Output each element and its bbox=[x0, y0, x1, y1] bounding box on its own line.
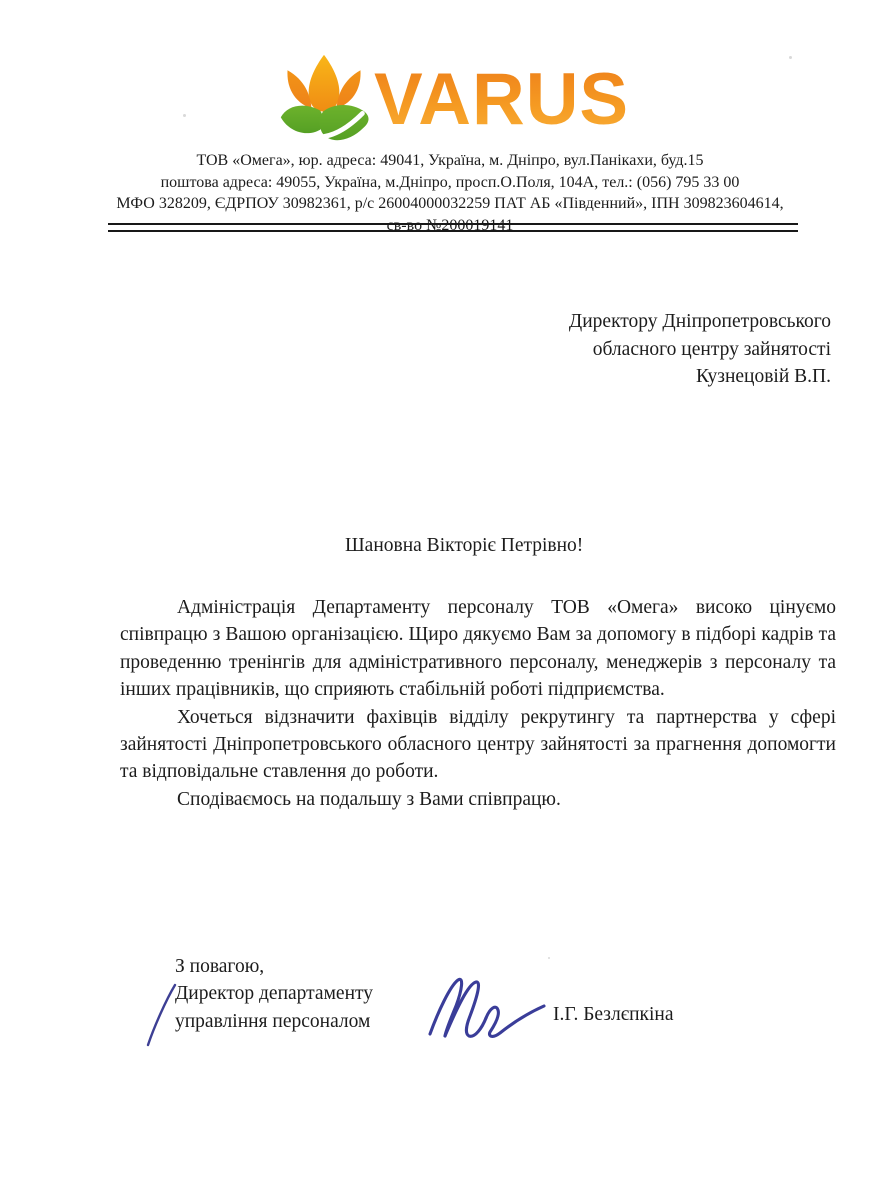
varus-flower-icon bbox=[276, 52, 372, 148]
pen-stroke-mark bbox=[144, 982, 180, 1048]
salutation: Шановна Вікторіє Петрівно! bbox=[345, 535, 583, 557]
varus-wordmark: VARUS bbox=[374, 52, 629, 148]
letter-page: VARUS ТОВ «Омега», юр. адреса: 49041, Ук… bbox=[0, 0, 895, 1200]
company-details-line-2: поштова адреса: 49055, Україна, м.Дніпро… bbox=[60, 172, 840, 194]
recipient-block: Директору Дніпропетровського обласного ц… bbox=[569, 308, 831, 391]
recipient-line-2: обласного центру зайнятості bbox=[569, 336, 831, 364]
paragraph-3: Сподіваємось на подальшу з Вами співпрац… bbox=[120, 786, 836, 813]
company-details-line-1: ТОВ «Омега», юр. адреса: 49041, Україна,… bbox=[60, 150, 840, 172]
scan-speck bbox=[548, 957, 550, 959]
closing-phrase: З повагою, bbox=[175, 953, 373, 980]
paragraph-1: Адміністрація Департаменту персоналу ТОВ… bbox=[120, 594, 836, 704]
company-details-line-3: МФО 328209, ЄДРПОУ 30982361, р/с 2600400… bbox=[60, 193, 840, 215]
signer-title-line-2: управління персоналом bbox=[175, 1008, 373, 1035]
signer-name: І.Г. Безлєпкіна bbox=[553, 1004, 674, 1026]
signer-title-line-1: Директор департаменту bbox=[175, 980, 373, 1007]
scan-speck bbox=[789, 56, 792, 59]
divider-line-top bbox=[108, 223, 798, 225]
letter-body: Адміністрація Департаменту персоналу ТОВ… bbox=[120, 594, 836, 813]
varus-logo: VARUS bbox=[276, 52, 629, 148]
divider-line-bottom bbox=[108, 230, 798, 232]
scan-speck bbox=[183, 114, 186, 117]
recipient-line-3: Кузнецовій В.П. bbox=[569, 363, 831, 391]
paragraph-2: Хочеться відзначити фахівців відділу рек… bbox=[120, 704, 836, 786]
recipient-line-1: Директору Дніпропетровського bbox=[569, 308, 831, 336]
handwritten-signature bbox=[424, 968, 550, 1052]
signature-block: З повагою, Директор департаменту управлі… bbox=[175, 953, 373, 1035]
header-divider bbox=[108, 223, 798, 232]
